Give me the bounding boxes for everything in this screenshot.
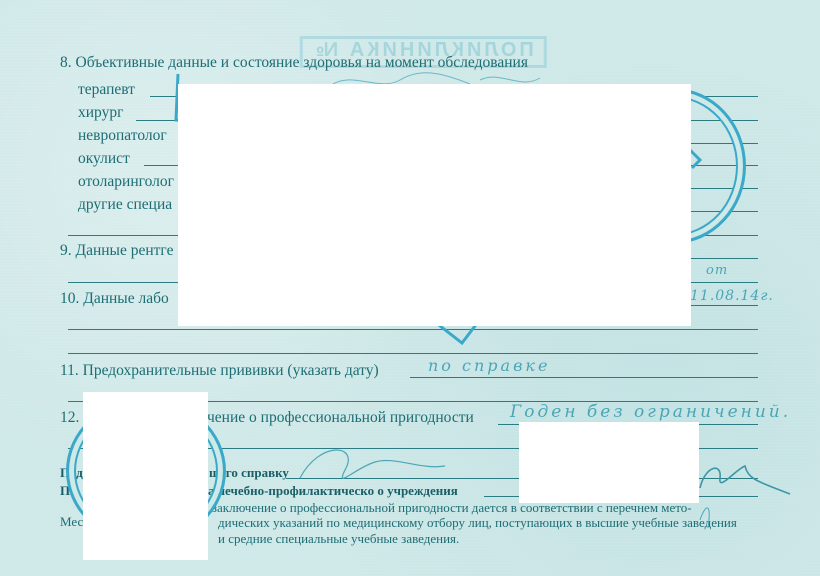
specialist-label-therapist: терапевт [78, 81, 135, 99]
section-10-line-3 [68, 353, 758, 354]
section-9-handwriting: от [706, 263, 728, 278]
section-9-heading: 9. Данные рентге [60, 242, 173, 260]
redaction-block-left-bottom [83, 392, 208, 560]
section-12-heading: чение о профессиональной пригодности [207, 409, 474, 427]
specialist-label-other: другие специа [78, 196, 172, 214]
section-10-heading: 10. Данные лабо [60, 290, 169, 308]
specialist-label-surgeon: хирург [78, 104, 123, 122]
redaction-block-right-bottom [519, 422, 699, 503]
section-11-handwriting: по справке [428, 356, 550, 375]
section-8-heading: 8. Объективные данные и состояние здоров… [60, 54, 528, 72]
section-12-handwriting: Годен без ограничений. [510, 402, 791, 422]
section-10-line-2 [68, 329, 758, 330]
redaction-block-main [178, 84, 691, 326]
specialist-label-otolaryngologist: отоларинголог [78, 173, 174, 191]
head-label-rest: а лечебно-профилактическо о учреждения [208, 483, 458, 499]
section-12-number: 12. [60, 409, 79, 427]
footer-note-line-2: дических указаний по медицинскому отбору… [218, 515, 737, 531]
section-11-line [410, 377, 758, 378]
section-10-handwritten-date: 11.08.14г. [690, 288, 774, 304]
specialist-label-neurologist: невропатолог [78, 127, 167, 145]
stamp-place-label: Мес [60, 514, 83, 530]
section-11-heading: 11. Предохранительные прививки (указать … [60, 362, 379, 380]
footer-note-line-3: и средние специальные учебные заведения. [218, 531, 459, 547]
specialist-label-oculist: окулист [78, 150, 130, 168]
